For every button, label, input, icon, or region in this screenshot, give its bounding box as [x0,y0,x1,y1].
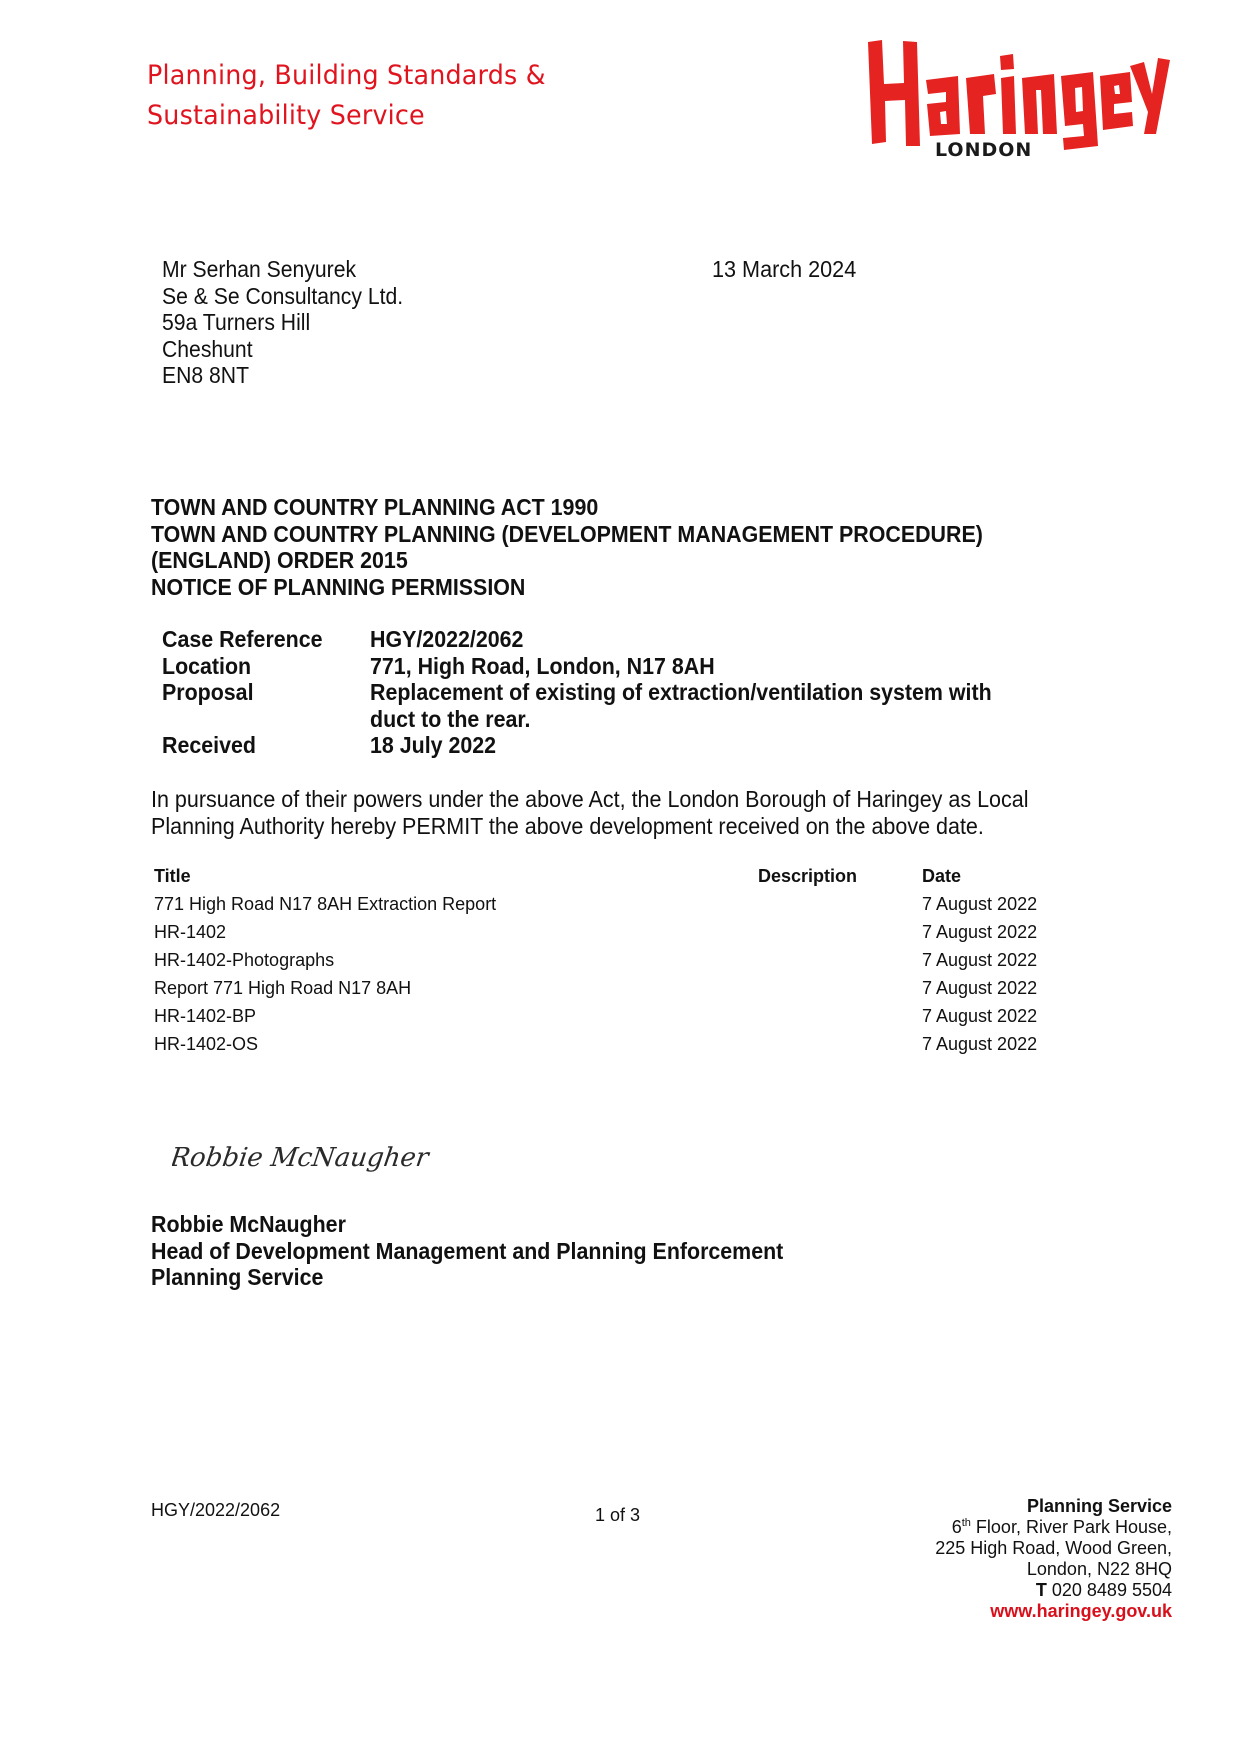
document-title: HR-1402-Photographs [154,950,334,970]
received-label: Received [162,732,355,759]
proposal-label: Proposal [162,679,355,732]
column-header-description: Description [758,866,857,886]
table-row: HR-1402-BP7 August 2022 [154,1002,1082,1030]
documents-table-body: 771 High Road N17 8AH Extraction Report7… [154,890,1082,1058]
recipient-town: Cheshunt [162,336,403,363]
footer-office-name: Planning Service [935,1496,1172,1517]
recipient-street: 59a Turners Hill [162,309,403,336]
heading-line: TOWN AND COUNTRY PLANNING ACT 1990 [151,494,983,521]
recipient-address: Mr Serhan Senyurek Se & Se Consultancy L… [162,256,403,389]
permit-statement: In pursuance of their powers under the a… [151,786,1086,839]
table-row: 771 High Road N17 8AH Extraction Report7… [154,890,1082,918]
heading-line: (ENGLAND) ORDER 2015 [151,547,983,574]
page-number: 1 of 3 [595,1505,640,1526]
haringey-logo-icon: LONDON [860,38,1170,158]
case-reference-label: Case Reference [162,626,355,653]
signatory-block: Robbie McNaugher Head of Development Man… [151,1211,783,1291]
document-date: 7 August 2022 [922,1006,1037,1026]
service-title-line-1: Planning, Building Standards & [147,56,546,96]
recipient-company: Se & Se Consultancy Ltd. [162,283,403,310]
proposal-row: Proposal Replacement of existing of extr… [162,679,1070,732]
footer-phone: T 020 8489 5504 [935,1580,1172,1601]
footer-address-line-1: 6th Floor, River Park House, [935,1517,1172,1538]
svg-text:Robbie McNaugher: Robbie McNaugher [172,1143,432,1173]
footer-office-address: Planning Service 6th Floor, River Park H… [935,1496,1172,1622]
svg-text:LONDON: LONDON [935,139,1032,158]
document-date: 7 August 2022 [922,978,1037,998]
table-row: HR-14027 August 2022 [154,918,1082,946]
document-date: 7 August 2022 [922,950,1037,970]
case-reference-row: Case Reference HGY/2022/2062 [162,626,1070,653]
document-title: Report 771 High Road N17 8AH [154,978,411,998]
document-title: 771 High Road N17 8AH Extraction Report [154,894,496,914]
location-label: Location [162,653,355,680]
footer-case-reference: HGY/2022/2062 [151,1500,280,1521]
document-title: HR-1402 [154,922,226,942]
recipient-postcode: EN8 8NT [162,362,403,389]
column-header-date: Date [922,866,961,886]
letter-date: 13 March 2024 [712,256,856,283]
documents-table: Title Description Date 771 High Road N17… [154,862,1082,1058]
document-date: 7 August 2022 [922,1034,1037,1054]
signatory-title: Head of Development Management and Plann… [151,1238,783,1265]
received-row: Received 18 July 2022 [162,732,1070,759]
table-row: HR-1402-Photographs7 August 2022 [154,946,1082,974]
service-title: Planning, Building Standards & Sustainab… [147,56,546,136]
signatory-department: Planning Service [151,1264,783,1291]
act-headings: TOWN AND COUNTRY PLANNING ACT 1990 TOWN … [151,494,983,600]
footer-address-line-3: London, N22 8HQ [935,1559,1172,1580]
service-title-line-2: Sustainability Service [147,96,546,136]
documents-table-header: Title Description Date [154,862,1082,890]
received-value: 18 July 2022 [370,732,1021,759]
signatory-name: Robbie McNaugher [151,1211,783,1238]
document-title: HR-1402-OS [154,1034,258,1054]
proposal-value: Replacement of existing of extraction/ve… [370,679,1021,732]
heading-line: TOWN AND COUNTRY PLANNING (DEVELOPMENT M… [151,521,983,548]
document-title: HR-1402-BP [154,1006,256,1026]
signature-image: Robbie McNaugher [172,1134,442,1194]
table-row: HR-1402-OS7 August 2022 [154,1030,1082,1058]
document-date: 7 August 2022 [922,894,1037,914]
heading-line: NOTICE OF PLANNING PERMISSION [151,574,983,601]
column-header-title: Title [154,866,191,886]
recipient-name: Mr Serhan Senyurek [162,256,403,283]
footer-website-link[interactable]: www.haringey.gov.uk [935,1601,1172,1622]
phone-number: 020 8489 5504 [1047,1580,1172,1600]
location-row: Location 771, High Road, London, N17 8AH [162,653,1070,680]
table-row: Report 771 High Road N17 8AH7 August 202… [154,974,1082,1002]
case-reference-value: HGY/2022/2062 [370,626,1021,653]
phone-label: T [1036,1580,1047,1600]
case-details: Case Reference HGY/2022/2062 Location 77… [162,626,1070,759]
document-date: 7 August 2022 [922,922,1037,942]
location-value: 771, High Road, London, N17 8AH [370,653,1021,680]
footer-address-line-2: 225 High Road, Wood Green, [935,1538,1172,1559]
